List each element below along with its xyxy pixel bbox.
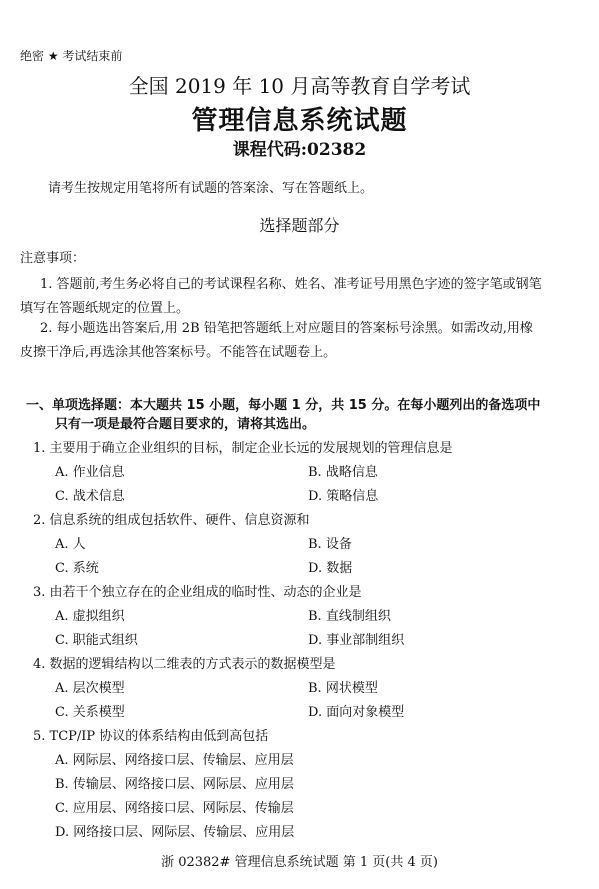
option-b: B. 直线制组织 <box>308 605 391 624</box>
option-a: A. 层次模型 <box>55 677 125 696</box>
notes-label: 注意事项： <box>20 247 85 266</box>
note-1-line2: 填写在答题纸规定的位置上。 <box>20 297 189 316</box>
exam-session-line: 全国 2019 年 10 月高等教育自学考试 <box>0 70 599 99</box>
note-2-line1: 2. 每小题选出答案后,用 2B 铅笔把答题纸上对应题目的答案标号涂黑。如需改动… <box>40 317 533 336</box>
option-a: A. 人 <box>55 533 86 552</box>
option-b: B. 设备 <box>308 533 352 552</box>
question-stem: 5. TCP/IP 协议的体系结构由低到高包括 <box>33 725 268 744</box>
note-2-line2: 皮擦干净后,再选涂其他答案标号。不能答在试题卷上。 <box>20 341 336 360</box>
page-footer: 浙 02382# 管理信息系统试题 第 1 页(共 4 页) <box>0 851 599 870</box>
option-a: A. 网际层、网络接口层、传输层、应用层 <box>55 749 294 768</box>
option-c: C. 职能式组织 <box>55 629 138 648</box>
part-title: 选择题部分 <box>0 213 599 236</box>
option-a: A. 作业信息 <box>55 461 125 480</box>
note-1-line1: 1. 答题前,考生务必将自己的考试课程名称、姓名、准考证号用黑色字迹的签字笔或钢… <box>40 273 542 292</box>
option-d: D. 面向对象模型 <box>308 701 404 720</box>
option-c: C. 战术信息 <box>55 485 125 504</box>
question-stem: 1. 主要用于确立企业组织的目标，制定企业长远的发展规划的管理信息是 <box>33 437 453 456</box>
option-b: B. 网状模型 <box>308 677 378 696</box>
question-stem: 4. 数据的逻辑结构以二维表的方式表示的数据模型是 <box>33 653 336 672</box>
course-code: 课程代码:02382 <box>0 135 599 160</box>
question-stem: 2. 信息系统的组成包括软件、硬件、信息资源和 <box>33 509 310 528</box>
option-d: D. 数据 <box>308 557 352 576</box>
option-d: D. 事业部制组织 <box>308 629 404 648</box>
section-heading-line1: 一、单项选择题：本大题共 15 小题，每小题 1 分，共 15 分。在每小题列出… <box>26 394 540 413</box>
question-stem: 3. 由若干个独立存在的企业组成的临时性、动态的企业是 <box>33 581 362 600</box>
option-a: A. 虚拟组织 <box>55 605 125 624</box>
option-c: C. 关系模型 <box>55 701 125 720</box>
option-b: B. 战略信息 <box>308 461 378 480</box>
instruction-text: 请考生按规定用笔将所有试题的答案涂、写在答题纸上。 <box>48 177 373 196</box>
option-b: B. 传输层、网络接口层、网际层、应用层 <box>55 773 294 792</box>
option-d: D. 策略信息 <box>308 485 378 504</box>
option-c: C. 系统 <box>55 557 99 576</box>
confidential-mark: 绝密 ★ 考试结束前 <box>20 47 122 64</box>
page-title: 管理信息系统试题 <box>0 100 599 137</box>
option-d: D. 网络接口层、网际层、传输层、应用层 <box>55 821 294 840</box>
section-heading-line2: 只有一项是最符合题目要求的，请将其选出。 <box>55 413 315 432</box>
option-c: C. 应用层、网络接口层、网际层、传输层 <box>55 797 294 816</box>
